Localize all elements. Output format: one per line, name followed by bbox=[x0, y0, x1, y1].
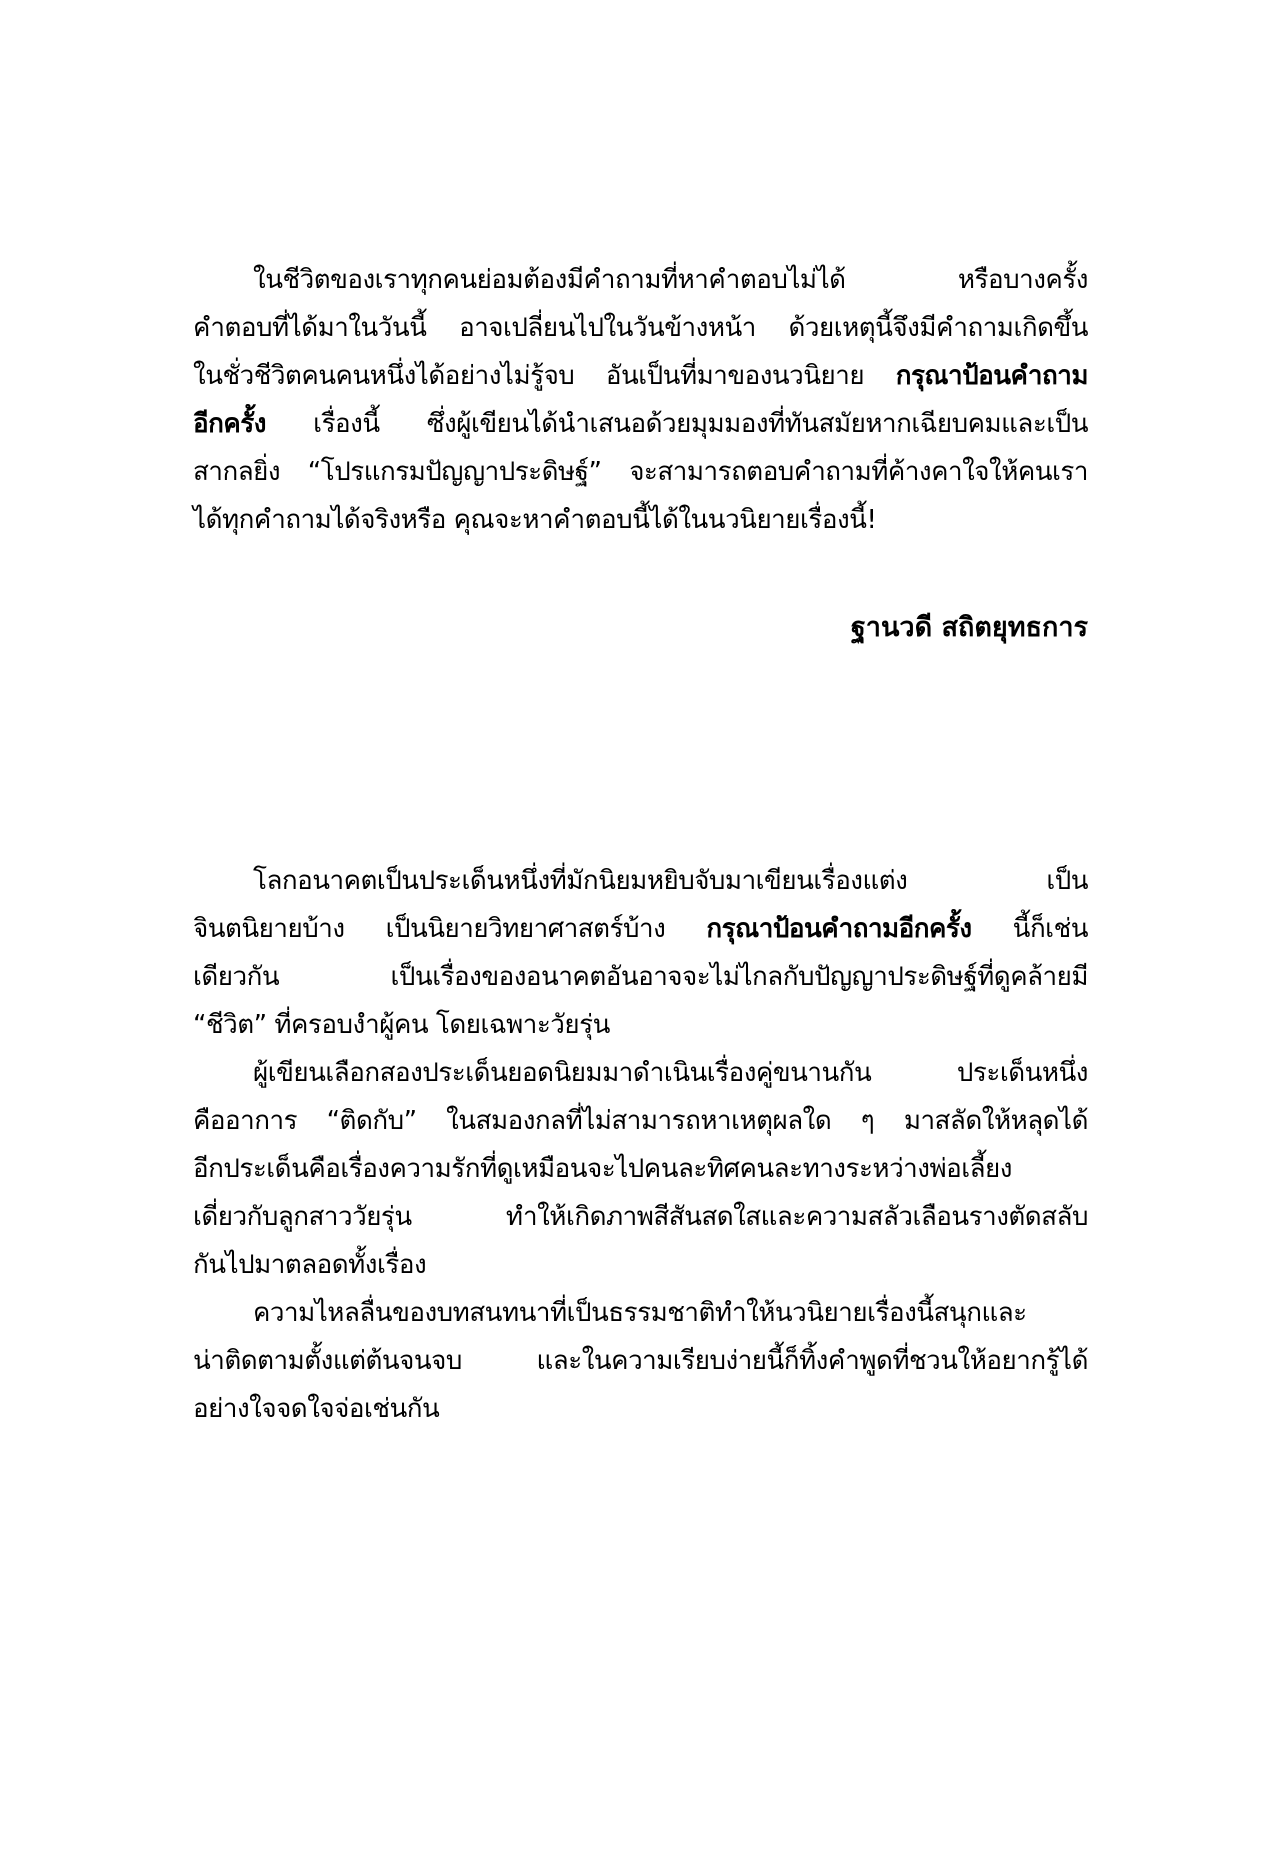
review-line-7: อีกประเด็นคือเรื่องความรักที่ดูเหมือนจะไ… bbox=[193, 1145, 1088, 1193]
document-page: ในชีวิตของเราทุกคนย่อมต้องมีคำถามที่หาคำ… bbox=[0, 0, 1266, 1867]
book-title-emphasis: กรุณาป้อนคำถามอีกครั้ง bbox=[706, 914, 971, 944]
blurb-paragraph: ในชีวิตของเราทุกคนย่อมต้องมีคำถามที่หาคำ… bbox=[193, 256, 1088, 544]
text-run: ในชีวิตของเราทุกคนย่อมต้องมีคำถามที่หาคำ… bbox=[253, 265, 1088, 295]
review-line-5: ผู้เขียนเลือกสองประเด็นยอดนิยมมาดำเนินเร… bbox=[193, 1049, 1088, 1097]
blurb-line-3: ในชั่วชีวิตคนคนหนึ่งได้อย่างไม่รู้จบ อัน… bbox=[193, 352, 1088, 400]
text-run: เดี่ยวกับลูกสาววัยรุ่น ทำให้เกิดภาพสีสัน… bbox=[193, 1202, 1088, 1232]
review-line-6: คืออาการ “ติดกับ” ในสมองกลที่ไม่สามารถหา… bbox=[193, 1097, 1088, 1145]
review-line-4: “ชีวิต” ที่ครอบงำผู้คน โดยเฉพาะวัยรุ่น bbox=[193, 1001, 1088, 1049]
blurb-line-5: สากลยิ่ง “โปรแกรมปัญญาประดิษฐ์” จะสามารถ… bbox=[193, 448, 1088, 496]
blurb-line-6: ได้ทุกคำถามได้จริงหรือ คุณจะหาคำตอบนี้ได… bbox=[193, 496, 1088, 544]
text-run: อีกประเด็นคือเรื่องความรักที่ดูเหมือนจะไ… bbox=[193, 1154, 1012, 1184]
text-run: สากลยิ่ง “โปรแกรมปัญญาประดิษฐ์” จะสามารถ… bbox=[193, 457, 1088, 487]
review-line-10: ความไหลลื่นของบทสนทนาที่เป็นธรรมชาติทำให… bbox=[193, 1289, 1088, 1337]
review-line-3: เดียวกัน เป็นเรื่องของอนาคตอันอาจจะไม่ไก… bbox=[193, 953, 1088, 1001]
text-run: ความไหลลื่นของบทสนทนาที่เป็นธรรมชาติทำให… bbox=[253, 1298, 1027, 1328]
review-line-1: โลกอนาคตเป็นประเด็นหนึ่งที่มักนิยมหยิบจั… bbox=[193, 857, 1088, 905]
blurb-line-4: อีกครั้ง เรื่องนี้ ซึ่งผู้เขียนได้นำเสนอ… bbox=[193, 400, 1088, 448]
text-run: เรื่องนี้ ซึ่งผู้เขียนได้นำเสนอด้วยมุมมอ… bbox=[266, 409, 1088, 439]
review-line-2: จินตนิยายบ้าง เป็นนิยายวิทยาศาสตร์บ้าง ก… bbox=[193, 905, 1088, 953]
text-run: น่าติดตามตั้งแต่ต้นจนจบ และในความเรียบง่… bbox=[193, 1346, 1088, 1376]
text-run: โลกอนาคตเป็นประเด็นหนึ่งที่มักนิยมหยิบจั… bbox=[253, 866, 1088, 896]
text-run: คืออาการ “ติดกับ” ในสมองกลที่ไม่สามารถหา… bbox=[193, 1106, 1088, 1136]
author-signature: ฐานวดี สถิตยุทธการ bbox=[851, 604, 1088, 652]
text-run: คำตอบที่ได้มาในวันนี้ อาจเปลี่ยนไปในวันข… bbox=[193, 313, 1088, 343]
text-run: เดียวกัน เป็นเรื่องของอนาคตอันอาจจะไม่ไก… bbox=[193, 962, 1088, 992]
review-line-9: กันไปมาตลอดทั้งเรื่อง bbox=[193, 1241, 1088, 1289]
text-run: ในชั่วชีวิตคนคนหนึ่งได้อย่างไม่รู้จบ อัน… bbox=[193, 361, 896, 391]
text-run: นี้ก็เช่น bbox=[972, 914, 1088, 944]
text-run: อย่างใจจดใจจ่อเช่นกัน bbox=[193, 1394, 439, 1424]
review-line-12: อย่างใจจดใจจ่อเช่นกัน bbox=[193, 1385, 1088, 1433]
text-run: ได้ทุกคำถามได้จริงหรือ คุณจะหาคำตอบนี้ได… bbox=[193, 505, 876, 535]
text-run: กันไปมาตลอดทั้งเรื่อง bbox=[193, 1250, 426, 1280]
review-line-11: น่าติดตามตั้งแต่ต้นจนจบ และในความเรียบง่… bbox=[193, 1337, 1088, 1385]
blurb-line-2: คำตอบที่ได้มาในวันนี้ อาจเปลี่ยนไปในวันข… bbox=[193, 304, 1088, 352]
book-title-emphasis: กรุณาป้อนคำถาม bbox=[896, 361, 1088, 391]
text-run: จินตนิยายบ้าง เป็นนิยายวิทยาศาสตร์บ้าง bbox=[193, 914, 706, 944]
review-line-8: เดี่ยวกับลูกสาววัยรุ่น ทำให้เกิดภาพสีสัน… bbox=[193, 1193, 1088, 1241]
text-run: ผู้เขียนเลือกสองประเด็นยอดนิยมมาดำเนินเร… bbox=[253, 1058, 1088, 1088]
text-run: “ชีวิต” ที่ครอบงำผู้คน โดยเฉพาะวัยรุ่น bbox=[193, 1010, 610, 1040]
review-section: โลกอนาคตเป็นประเด็นหนึ่งที่มักนิยมหยิบจั… bbox=[193, 857, 1088, 1433]
book-title-emphasis: อีกครั้ง bbox=[193, 409, 266, 439]
blurb-line-1: ในชีวิตของเราทุกคนย่อมต้องมีคำถามที่หาคำ… bbox=[193, 256, 1088, 304]
